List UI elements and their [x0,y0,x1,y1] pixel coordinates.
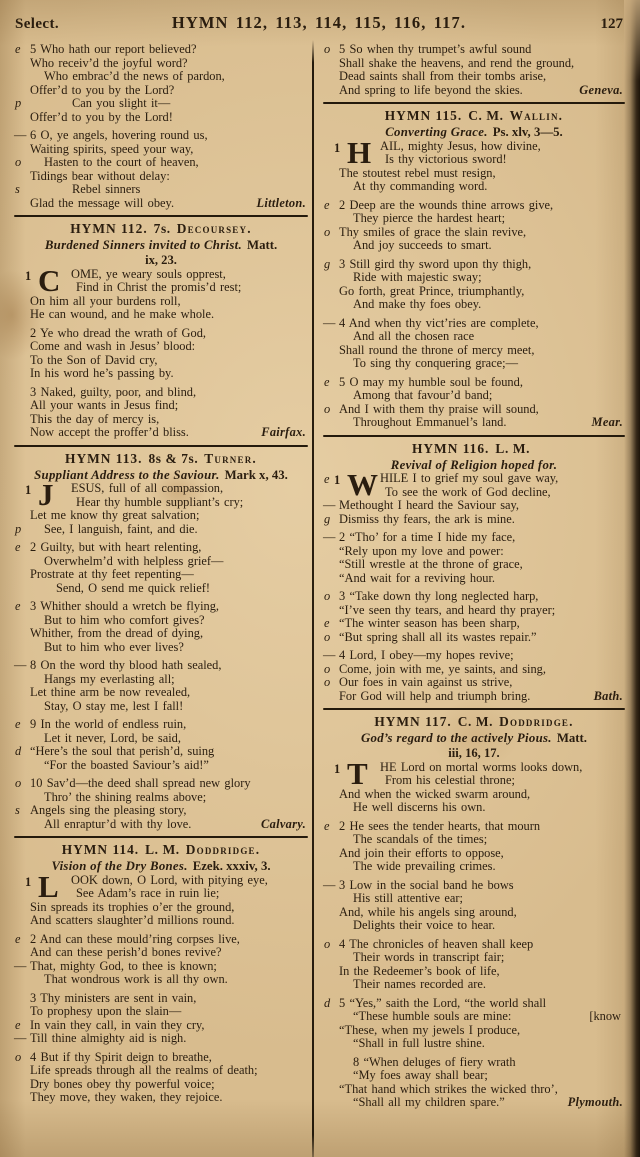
hymn-stanza: 1LOOK down, O Lord, with pitying eye,See… [14,874,308,928]
line-text: They pierce the hardest heart; [353,212,505,226]
hymn-line: Life spreads through all the realms of d… [14,1064,308,1078]
line-text: At thy commanding word. [353,180,487,194]
hymn-line: And can these perish’d bones revive? [14,946,308,960]
hymn-line: Go forth, great Prince, triumphantly, [323,285,625,299]
line-text: And make thy foes obey. [353,298,481,312]
hymn-line: Waiting spirits, speed your way, [14,143,308,157]
section-rule [14,836,308,838]
hymn-line: That wondrous work is all thy own. [14,973,308,987]
scripture-reference: Matt. [247,238,277,252]
hymn-line: Thro’ the shining realms above; [14,791,308,805]
line-text: To the Son of David cry, [30,354,158,368]
expression-marker: e [324,199,330,213]
line-text: Come, join with me, ye saints, and sing, [339,663,546,677]
hymn-line: pSee, I languish, faint, and die. [14,523,308,537]
line-text: “Here’s the soul that perish’d, suing [30,745,214,759]
line-text: “Rely upon my love and power: [339,545,504,559]
line-text: Hear thy humble suppliant’s cry; [76,496,243,510]
line-text: 2 Deep are the wounds thine arrows give, [339,199,553,213]
hymn-line: Overwhelm’d with helpless grief— [14,555,308,569]
expression-marker: e [15,718,21,732]
line-text: And join their efforts to oppose, [339,847,504,861]
hymn-line: On him all your burdens roll, [14,295,308,309]
line-text: 3 Still gird thy sword upon thy thigh, [339,258,531,272]
line-text: His still attentive ear; [353,892,463,906]
hymn-line: For God will help and triumph bring.Bath… [323,690,625,704]
hymn-number: HYMN 116. [412,441,489,456]
hymn-line: Shall shake the heavens, and rend the gr… [323,57,625,71]
hymn-line: —Methought I heard the Saviour say, [323,499,625,513]
line-text: Whither, from the dread of dying, [30,627,203,641]
line-text: To prophesy upon the slain— [30,1005,181,1019]
expression-marker: o [324,43,330,57]
line-text: Dismiss thy fears, the ark is mine. [339,513,515,527]
hymn-line: Tidings bear without delay: [14,170,308,184]
expression-marker: e [15,43,21,57]
expression-marker: o [324,676,330,690]
line-text: And joy succeeds to smart. [353,239,492,253]
line-text: To sing thy conquering grace;— [353,357,518,371]
scripture-reference: iii, 16, 17. [323,746,625,760]
line-text: That wondrous work is all thy own. [44,973,228,987]
hymn-line: Send, O send me quick relief! [14,582,308,596]
expression-marker: e [15,600,21,614]
line-text: All your wants in Jesus find; [30,399,178,413]
hymn-line: —Till thine almighty aid is nigh. [14,1032,308,1046]
line-text: Rebel sinners [72,183,140,197]
hymn-line: —2 “Tho’ for a time I hide my face, [323,531,625,545]
line-text: 2 He sees the tender hearts, that mourn [339,820,540,834]
hymn-heading: HYMN 114.L. M.Doddridge. [14,842,308,858]
line-text: Let thine arm be now revealed, [30,686,190,700]
hymn-line: And join their efforts to oppose, [323,847,625,861]
hymn-line: oCome, join with me, ye saints, and sing… [323,663,625,677]
hymn-line: To see the work of God decline, [323,486,625,500]
hymn-line: eIn vain they call, in vain they cry, [14,1019,308,1033]
hymn-line: All your wants in Jesus find; [14,399,308,413]
line-text: 9 In the world of endless ruin, [30,718,186,732]
subject-title: Burdened Sinners invited to Christ. [45,238,242,252]
line-text: The scandals of the times; [353,833,487,847]
hymn-line: See Adam’s race in ruin lie; [14,887,308,901]
line-text: Their words in transcript fair; [353,951,504,965]
line-text: Shall shake the heavens, and rend the gr… [339,57,574,71]
hymn-line: This the day of mercy is, [14,413,308,427]
line-text: Who receiv’d the joyful word? [30,57,188,71]
hymn-stanza: —4 Lord, I obey—my hopes revive;oCome, j… [323,649,625,703]
column-divider [312,40,314,1157]
expression-marker: — [14,659,26,673]
hymn-line: And when the wicked swarm around, [323,788,625,802]
subject-title: God’s regard to the actively Pious. [361,731,552,745]
hymn-line: Let thine arm be now revealed, [14,686,308,700]
hymn-line: 2 Ye who dread the wrath of God, [14,327,308,341]
line-text: Prostrate at thy feet repenting— [30,568,194,582]
hymn-line: Come and wash in Jesus’ blood: [14,340,308,354]
line-text: They move, they waken, they rejoice. [30,1091,222,1105]
hymn-line: Among that favour’d band; [323,389,625,403]
hymn-line: Glad the message will obey.Littleton. [14,197,308,211]
line-text: Can you slight it— [72,97,170,111]
hymn-stanza: 1JESUS, full of all compassion,Hear thy … [14,482,308,536]
hymn-line: But to him who ever lives? [14,641,308,655]
line-text: Till thine almighty aid is nigh. [30,1032,186,1046]
line-text: Go forth, great Prince, triumphantly, [339,285,524,299]
line-text: 5 So when thy trumpet’s awful sound [339,43,531,57]
line-text: Let it never, Lord, be said, [44,732,181,746]
line-text: “Shall in full lustre shine. [353,1037,485,1051]
scripture-reference: Ezek. xxxiv, 3. [193,859,271,873]
tune-name: Bath. [594,690,625,704]
hymn-author: Wallin. [510,108,564,123]
line-text: Shall round the throne of mercy meet, [339,344,534,358]
line-text: “But spring shall all its wastes repair.… [339,631,537,645]
expression-marker: — [323,317,335,331]
hymn-line: Prostrate at thy feet repenting— [14,568,308,582]
hymn-stanza: o5 So when thy trumpet’s awful soundShal… [323,43,625,97]
expression-marker: o [15,156,21,170]
tune-name: Calvary. [261,818,308,832]
hymn-line: gDismiss thy fears, the ark is mine. [323,513,625,527]
hymn-line: o4 The chronicles of heaven shall keep [323,938,625,952]
hymn-stanza: o4 The chronicles of heaven shall keepTh… [323,938,625,992]
hymn-meter: C. M. [458,714,493,729]
hymn-line: “These, when my jewels I produce, [323,1024,625,1038]
expression-marker: e [324,617,330,631]
line-text: And, while his angels sing around, [339,906,517,920]
line-text: 2 And can these mould’ring corpses live, [30,933,240,947]
right-column: o5 So when thy trumpet’s awful soundShal… [323,43,625,1115]
hymn-line: They pierce the hardest heart; [323,212,625,226]
hymn-line: o“But spring shall all its wastes repair… [323,631,625,645]
hymn-line: OME, ye weary souls opprest, [14,268,308,282]
hymn-line: e2 Deep are the wounds thine arrows give… [323,199,625,213]
hymn-line: His still attentive ear; [323,892,625,906]
hymn-heading: HYMN 112.7s.Decoursey. [14,221,308,237]
line-text: And spring to life beyond the skies. [339,84,523,98]
hymn-stanza: 1THE Lord on mortal worms looks down,Fro… [323,761,625,815]
expression-marker: e [324,820,330,834]
hymn-line: e3 Whither should a wretch be flying, [14,600,308,614]
hymn-number: HYMN 117. [374,714,451,729]
line-text: Thro’ the shining realms above; [44,791,206,805]
line-text: Methought I heard the Saviour say, [339,499,519,513]
hymn-line: Find in Christ the promis’d rest; [14,281,308,295]
line-text: Who embrac’d the news of pardon, [44,70,225,84]
hymn-stanza: o4 But if thy Spirit deign to breathe,Li… [14,1051,308,1105]
hymn-heading: HYMN 117.C. M.Doddridge. [323,714,625,730]
line-text: Thy smiles of grace the slain revive, [339,226,526,240]
expression-marker: — [14,129,26,143]
line-text: In the Redeemer’s book of life, [339,965,500,979]
hymn-line: Throughout Emmanuel’s land.Mear. [323,416,625,430]
line-text: “The winter season has been sharp, [339,617,520,631]
subject-title: Vision of the Dry Bones. [51,859,187,873]
hymn-line: “Shall all my children spare.”Plymouth. [323,1096,625,1110]
hymn-author: Doddridge. [499,714,574,729]
hymn-line: Hear thy humble suppliant’s cry; [14,496,308,510]
line-text: Sin spreads its trophies o’er the ground… [30,901,234,915]
hymn-line: 3 Naked, guilty, poor, and blind, [14,386,308,400]
line-text: He well discerns his own. [353,801,485,815]
line-text: 4 The chronicles of heaven shall keep [339,938,533,952]
hymn-line: From his celestial throne; [323,774,625,788]
hymn-line: oOur foes in vain against us strive, [323,676,625,690]
line-text: And I with them thy praise will sound, [339,403,539,417]
line-text: OOK down, O Lord, with pitying eye, [71,874,268,888]
book-edge-shadow [624,0,640,1157]
hymn-line: —4 And when thy vict’ries are complete, [323,317,625,331]
hymn-line: e“The winter season has been sharp, [323,617,625,631]
expression-marker: e [15,933,21,947]
hymn-stanza: o10 Sav’d—the deed shall spread new glor… [14,777,308,831]
hymn-line: Sin spreads its trophies o’er the ground… [14,901,308,915]
expression-marker: — [323,499,335,513]
line-text: Our foes in vain against us strive, [339,676,512,690]
hymn-number: HYMN 114. [62,842,139,857]
hymn-author: Turner. [204,451,257,466]
hymn-stanza: 1HAIL, mighty Jesus, how divine,Is thy v… [323,140,625,194]
line-text: To see the work of God decline, [385,486,551,500]
hymn-line: “I’ve seen thy tears, and heard thy pray… [323,604,625,618]
line-text: All enraptur’d with thy love. [44,818,191,832]
hymn-stanza: —3 Low in the social band he bowsHis sti… [323,879,625,933]
expression-marker: — [14,960,26,974]
subject-title: Converting Grace. [385,125,488,139]
expression-marker: o [324,663,330,677]
hymn-heading: HYMN 115.C. M.Wallin. [323,108,625,124]
tune-name: Littleton. [257,197,308,211]
hymn-line: AIL, mighty Jesus, how divine, [323,140,625,154]
hymn-line: sAngels sing the pleasing story, [14,804,308,818]
line-text: Glad the message will obey. [30,197,174,211]
hymn-line: —4 Lord, I obey—my hopes revive; [323,649,625,663]
line-text: Offer’d to you by the Lord! [30,111,173,125]
line-text: Now accept the proffer’d bliss. [30,426,189,440]
line-text: “My foes away shall bear; [353,1069,488,1083]
hymn-stanza: e2 And can these mould’ring corpses live… [14,933,308,987]
line-text: Waiting spirits, speed your way, [30,143,193,157]
hymn-stanza: e9 In the world of endless ruin,Let it n… [14,718,308,772]
hymn-line: HE Lord on mortal worms looks down, [323,761,625,775]
line-text: He can wound, and he make whole. [30,308,214,322]
hymn-line: “That hand which strikes the wicked thro… [323,1083,625,1097]
left-column: e5 Who hath our report believed?Who rece… [14,43,308,1110]
expression-marker: p [15,523,21,537]
expression-marker: o [324,631,330,645]
page-scan: Select. HYMN 112, 113, 114, 115, 116, 11… [0,0,640,1157]
scripture-reference: Matt. [557,731,587,745]
line-text: “That hand which strikes the wicked thro… [339,1083,558,1097]
hymn-line: “These humble souls are mine:[know [323,1010,625,1024]
hymn-meter: C. M. [468,108,503,123]
line-text: For God will help and triumph bring. [339,690,530,704]
line-text: See Adam’s race in ruin lie; [76,887,219,901]
hymn-line: “For the boasted Saviour’s aid!” [14,759,308,773]
expression-marker: — [323,879,335,893]
hymn-line: g3 Still gird thy sword upon thy thigh, [323,258,625,272]
hymn-line: The stoutest rebel must resign, [323,167,625,181]
line-text: 8 On the word thy blood hath sealed, [30,659,221,673]
tune-name: Plymouth. [568,1096,625,1110]
hymn-stanza: e2 Guilty, but with heart relenting,Over… [14,541,308,595]
line-text: Offer’d to you by the Lord? [30,84,174,98]
line-text: “Still wrestle at the throne of grace, [339,558,523,572]
hymn-line: Stay, O stay me, lest I fall! [14,700,308,714]
subject-title: Suppliant Address to the Saviour. [34,468,219,482]
hymn-line: In his word he’s passing by. [14,367,308,381]
hymn-stanza: 1COME, ye weary souls opprest,Find in Ch… [14,268,308,322]
hymn-line: —6 O, ye angels, hovering round us, [14,129,308,143]
hymn-line: e5 Who hath our report believed? [14,43,308,57]
line-text: Ride with majestic sway; [353,271,482,285]
line-text: That, mighty God, to thee is known; [30,960,217,974]
hymn-stanza: 3 Thy ministers are sent in vain,To prop… [14,992,308,1046]
line-text: Throughout Emmanuel’s land. [353,416,506,430]
expression-marker: d [324,997,330,1011]
hymn-stanza: d5 “Yes,” saith the Lord, “the world sha… [323,997,625,1051]
hymn-line: —3 Low in the social band he bows [323,879,625,893]
hymn-stanza: g3 Still gird thy sword upon thy thigh,R… [323,258,625,312]
hymn-stanza: 8 “When deluges of fiery wrath“My foes a… [323,1056,625,1110]
hymn-line: HILE I to grief my soul gave way, [323,472,625,486]
hymn-meter: 8s & 7s. [148,451,198,466]
line-text: Dry bones obey thy powerful voice; [30,1078,215,1092]
hymn-line: Who receiv’d the joyful word? [14,57,308,71]
line-text: “For the boasted Saviour’s aid!” [44,759,209,773]
hymn-line: All enraptur’d with thy love.Calvary. [14,818,308,832]
hymn-stanza: 3 Naked, guilty, poor, and blind,All you… [14,386,308,440]
hymn-line: And all the chosen race [323,330,625,344]
line-text: And scatters slaughter’d millions round. [30,914,235,928]
hymn-meter: 7s. [154,221,171,236]
line-text: Let me know thy great salvation; [30,509,199,523]
hymn-line: “Rely upon my love and power: [323,545,625,559]
section-rule [14,215,308,217]
page-number: 127 [466,16,623,33]
line-text: 2 “Tho’ for a time I hide my face, [339,531,515,545]
line-text: 3 Low in the social band he bows [339,879,514,893]
line-text: HILE I to grief my soul gave way, [380,472,558,486]
expression-marker: — [14,1032,26,1046]
expression-marker: o [324,226,330,240]
hymn-stanza: e2 Deep are the wounds thine arrows give… [323,199,625,253]
hymn-stanza: e1WHILE I to grief my soul gave way,To s… [323,472,625,526]
line-text: “These humble souls are mine: [353,1010,511,1024]
expression-marker: o [324,938,330,952]
hymn-line: Dry bones obey thy powerful voice; [14,1078,308,1092]
hymn-line: Delights their voice to hear. [323,919,625,933]
line-text: Send, O send me quick relief! [56,582,210,596]
section-rule [14,445,308,447]
running-title: Select. [15,16,172,33]
hymn-line: Hangs my everlasting all; [14,673,308,687]
expression-marker: d [15,745,21,759]
line-text: Is thy victorious sword! [385,153,507,167]
hymn-line: e2 He sees the tender hearts, that mourn [323,820,625,834]
hymn-line: —8 On the word thy blood hath sealed, [14,659,308,673]
hymn-line: —That, mighty God, to thee is known; [14,960,308,974]
line-text: And all the chosen race [353,330,474,344]
section-rule [323,102,625,104]
hymn-line: And scatters slaughter’d millions round. [14,914,308,928]
line-text: In vain they call, in vain they cry, [30,1019,204,1033]
hymn-line: Their names recorded are. [323,978,625,992]
hymn-line: In the Redeemer’s book of life, [323,965,625,979]
expression-marker: p [15,97,21,111]
expression-marker: o [15,777,21,791]
hymn-line: They move, they waken, they rejoice. [14,1091,308,1105]
line-text: The stoutest rebel must resign, [339,167,496,181]
hymn-line: o10 Sav’d—the deed shall spread new glor… [14,777,308,791]
hymn-line: Ride with majestic sway; [323,271,625,285]
line-text: “Shall all my children spare.” [353,1096,505,1110]
hymn-line: Let it never, Lord, be said, [14,732,308,746]
line-text: But to him who comfort gives? [44,614,205,628]
line-text: 2 Guilty, but with heart relenting, [30,541,201,555]
hymn-number: HYMN 115. [385,108,462,123]
hymn-line: The scandals of the times; [323,833,625,847]
line-text: The wide prevailing crimes. [353,860,496,874]
hymn-author: Doddridge. [186,842,261,857]
line-text: “And wait for a reviving hour. [339,572,495,586]
expression-marker: o [15,1051,21,1065]
line-text: AIL, mighty Jesus, how divine, [380,140,541,154]
hymn-line: Dead saints shall from their tombs arise… [323,70,625,84]
expression-marker: — [323,649,335,663]
line-text: “These, when my jewels I produce, [339,1024,520,1038]
hymn-line: But to him who comfort gives? [14,614,308,628]
line-text: Angels sing the pleasing story, [30,804,186,818]
hymn-line: OOK down, O Lord, with pitying eye, [14,874,308,888]
hymn-line: ESUS, full of all compassion, [14,482,308,496]
line-text: 10 Sav’d—the deed shall spread new glory [30,777,251,791]
hymn-line: 8 “When deluges of fiery wrath [323,1056,625,1070]
hymn-line: Their words in transcript fair; [323,951,625,965]
line-text: 5 “Yes,” saith the Lord, “the world shal… [339,997,546,1011]
hymn-line: “Still wrestle at the throne of grace, [323,558,625,572]
hymn-line: o4 But if thy Spirit deign to breathe, [14,1051,308,1065]
line-text: And can these perish’d bones revive? [30,946,221,960]
hymn-subject: God’s regard to the actively Pious.Matt. [323,731,625,746]
expression-marker: e [15,1019,21,1033]
line-text: 4 And when thy vict’ries are complete, [339,317,539,331]
catchword: [know [589,1010,625,1024]
line-text: 3 Whither should a wretch be flying, [30,600,219,614]
subject-title: Revival of Religion hoped for. [391,458,557,472]
hymn-line: To the Son of David cry, [14,354,308,368]
line-text: Their names recorded are. [353,978,486,992]
hymn-stanza: e2 He sees the tender hearts, that mourn… [323,820,625,874]
hymn-line: e5 O may my humble soul be found, [323,376,625,390]
line-text: HE Lord on mortal worms looks down, [380,761,582,775]
hymn-stanza: —8 On the word thy blood hath sealed,Han… [14,659,308,713]
hymn-line: And joy succeeds to smart. [323,239,625,253]
scripture-reference: Mark x, 43. [225,468,288,482]
expression-marker: s [15,804,20,818]
page-header: Select. HYMN 112, 113, 114, 115, 116, 11… [15,13,623,33]
tune-name: Geneva. [579,84,625,98]
hymn-line: Whither, from the dread of dying, [14,627,308,641]
line-text: But to him who ever lives? [44,641,184,655]
hymn-line: “Shall in full lustre shine. [323,1037,625,1051]
tune-name: Mear. [592,416,625,430]
hymn-stanza: o3 “Take down thy long neglected harp,“I… [323,590,625,644]
line-text: Stay, O stay me, lest I fall! [44,700,183,714]
line-text: Tidings bear without delay: [30,170,170,184]
line-text: Come and wash in Jesus’ blood: [30,340,195,354]
line-text: 5 O may my humble soul be found, [339,376,523,390]
